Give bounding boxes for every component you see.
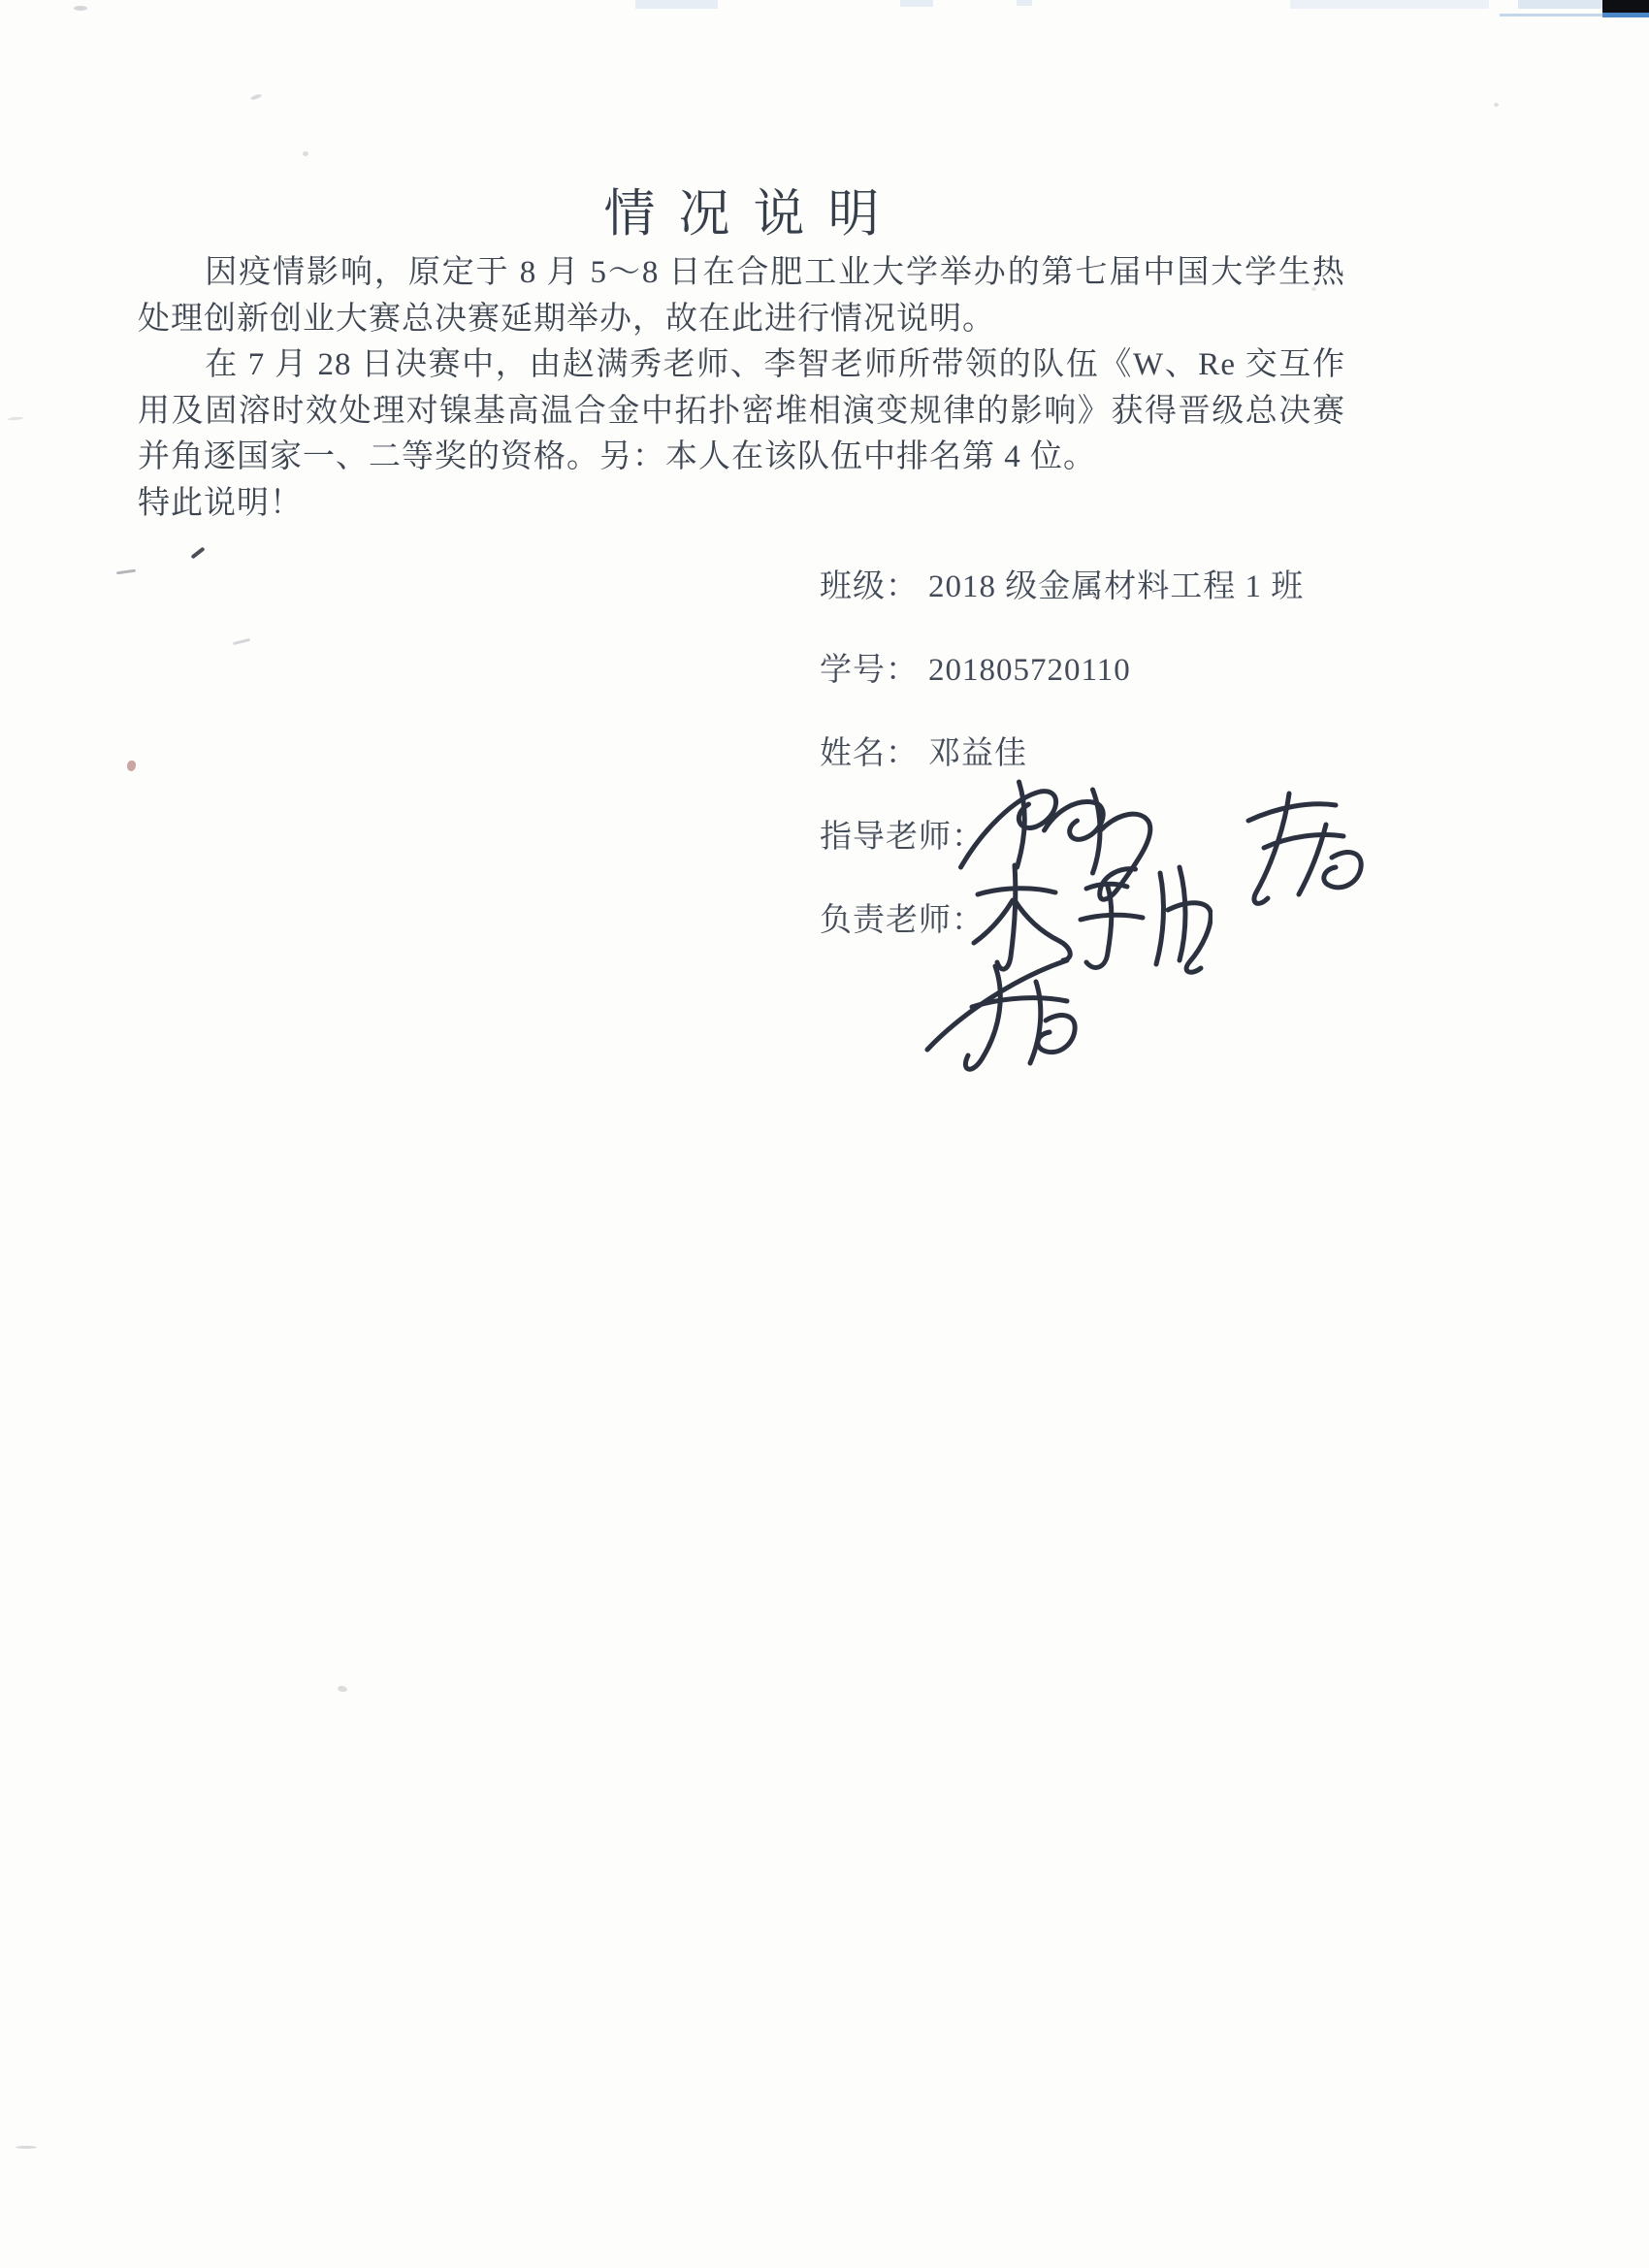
field-class-label: 班级： — [820, 561, 919, 606]
paper-speck — [250, 93, 263, 101]
paragraph-competition-result: 在 7 月 28 日决赛中，由赵满秀老师、李智老师所带领的队伍《W、Re 交互作… — [138, 342, 1345, 481]
paper-speck — [337, 1685, 347, 1693]
pen-tick-mark — [190, 546, 205, 559]
handwriting-icon — [921, 955, 1106, 1081]
paragraph-covid-delay: 因疫情影响，原定于 8 月 5～8 日在合肥工业大学举办的第七届中国大学生热处理… — [138, 250, 1345, 342]
field-class: 班级： 2018 级金属材料工程 1 班 — [820, 561, 1304, 599]
document-body: 因疫情影响，原定于 8 月 5～8 日在合肥工业大学举办的第七届中国大学生热处理… — [138, 250, 1345, 527]
field-student-id-value: 201805720110 — [928, 653, 1131, 689]
scanner-streak — [635, 0, 718, 9]
scanner-streak — [1518, 0, 1605, 9]
scanner-corner-artifact — [1602, 0, 1649, 13]
red-paper-speck — [127, 761, 136, 771]
document-title: 情况说明 — [138, 173, 1345, 246]
field-name-value: 邓益佳 — [928, 728, 1027, 773]
paper-speck — [74, 6, 87, 11]
field-name-label: 姓名： — [820, 728, 919, 773]
scanned-document-page: 情况说明 因疫情影响，原定于 8 月 5～8 日在合肥工业大学举办的第七届中国大… — [0, 0, 1649, 2268]
scanner-corner-artifact-blue — [1602, 13, 1649, 17]
paper-speck — [8, 416, 23, 420]
handwriting-icon — [1230, 788, 1377, 923]
paper-speck — [233, 638, 250, 645]
field-name: 姓名： 邓益佳 — [820, 728, 1304, 766]
paper-speck — [1494, 103, 1499, 107]
advisor-signature-2 — [1230, 788, 1377, 923]
pen-tick-mark — [116, 569, 136, 575]
scanner-streak — [900, 0, 933, 7]
field-student-id-label: 学号： — [820, 644, 919, 690]
paper-speck — [16, 2146, 37, 2149]
paper-speck — [303, 151, 308, 156]
field-student-id: 学号： 201805720110 — [820, 644, 1304, 683]
field-class-value: 2018 级金属材料工程 1 班 — [928, 561, 1304, 606]
scanner-streak — [1017, 0, 1032, 6]
scanner-streak — [1290, 0, 1489, 9]
scanner-corner-artifact-blue-fade — [1500, 14, 1606, 16]
paragraph-closing-statement: 特此说明！ — [138, 481, 1345, 528]
extra-signature — [921, 955, 1106, 1081]
